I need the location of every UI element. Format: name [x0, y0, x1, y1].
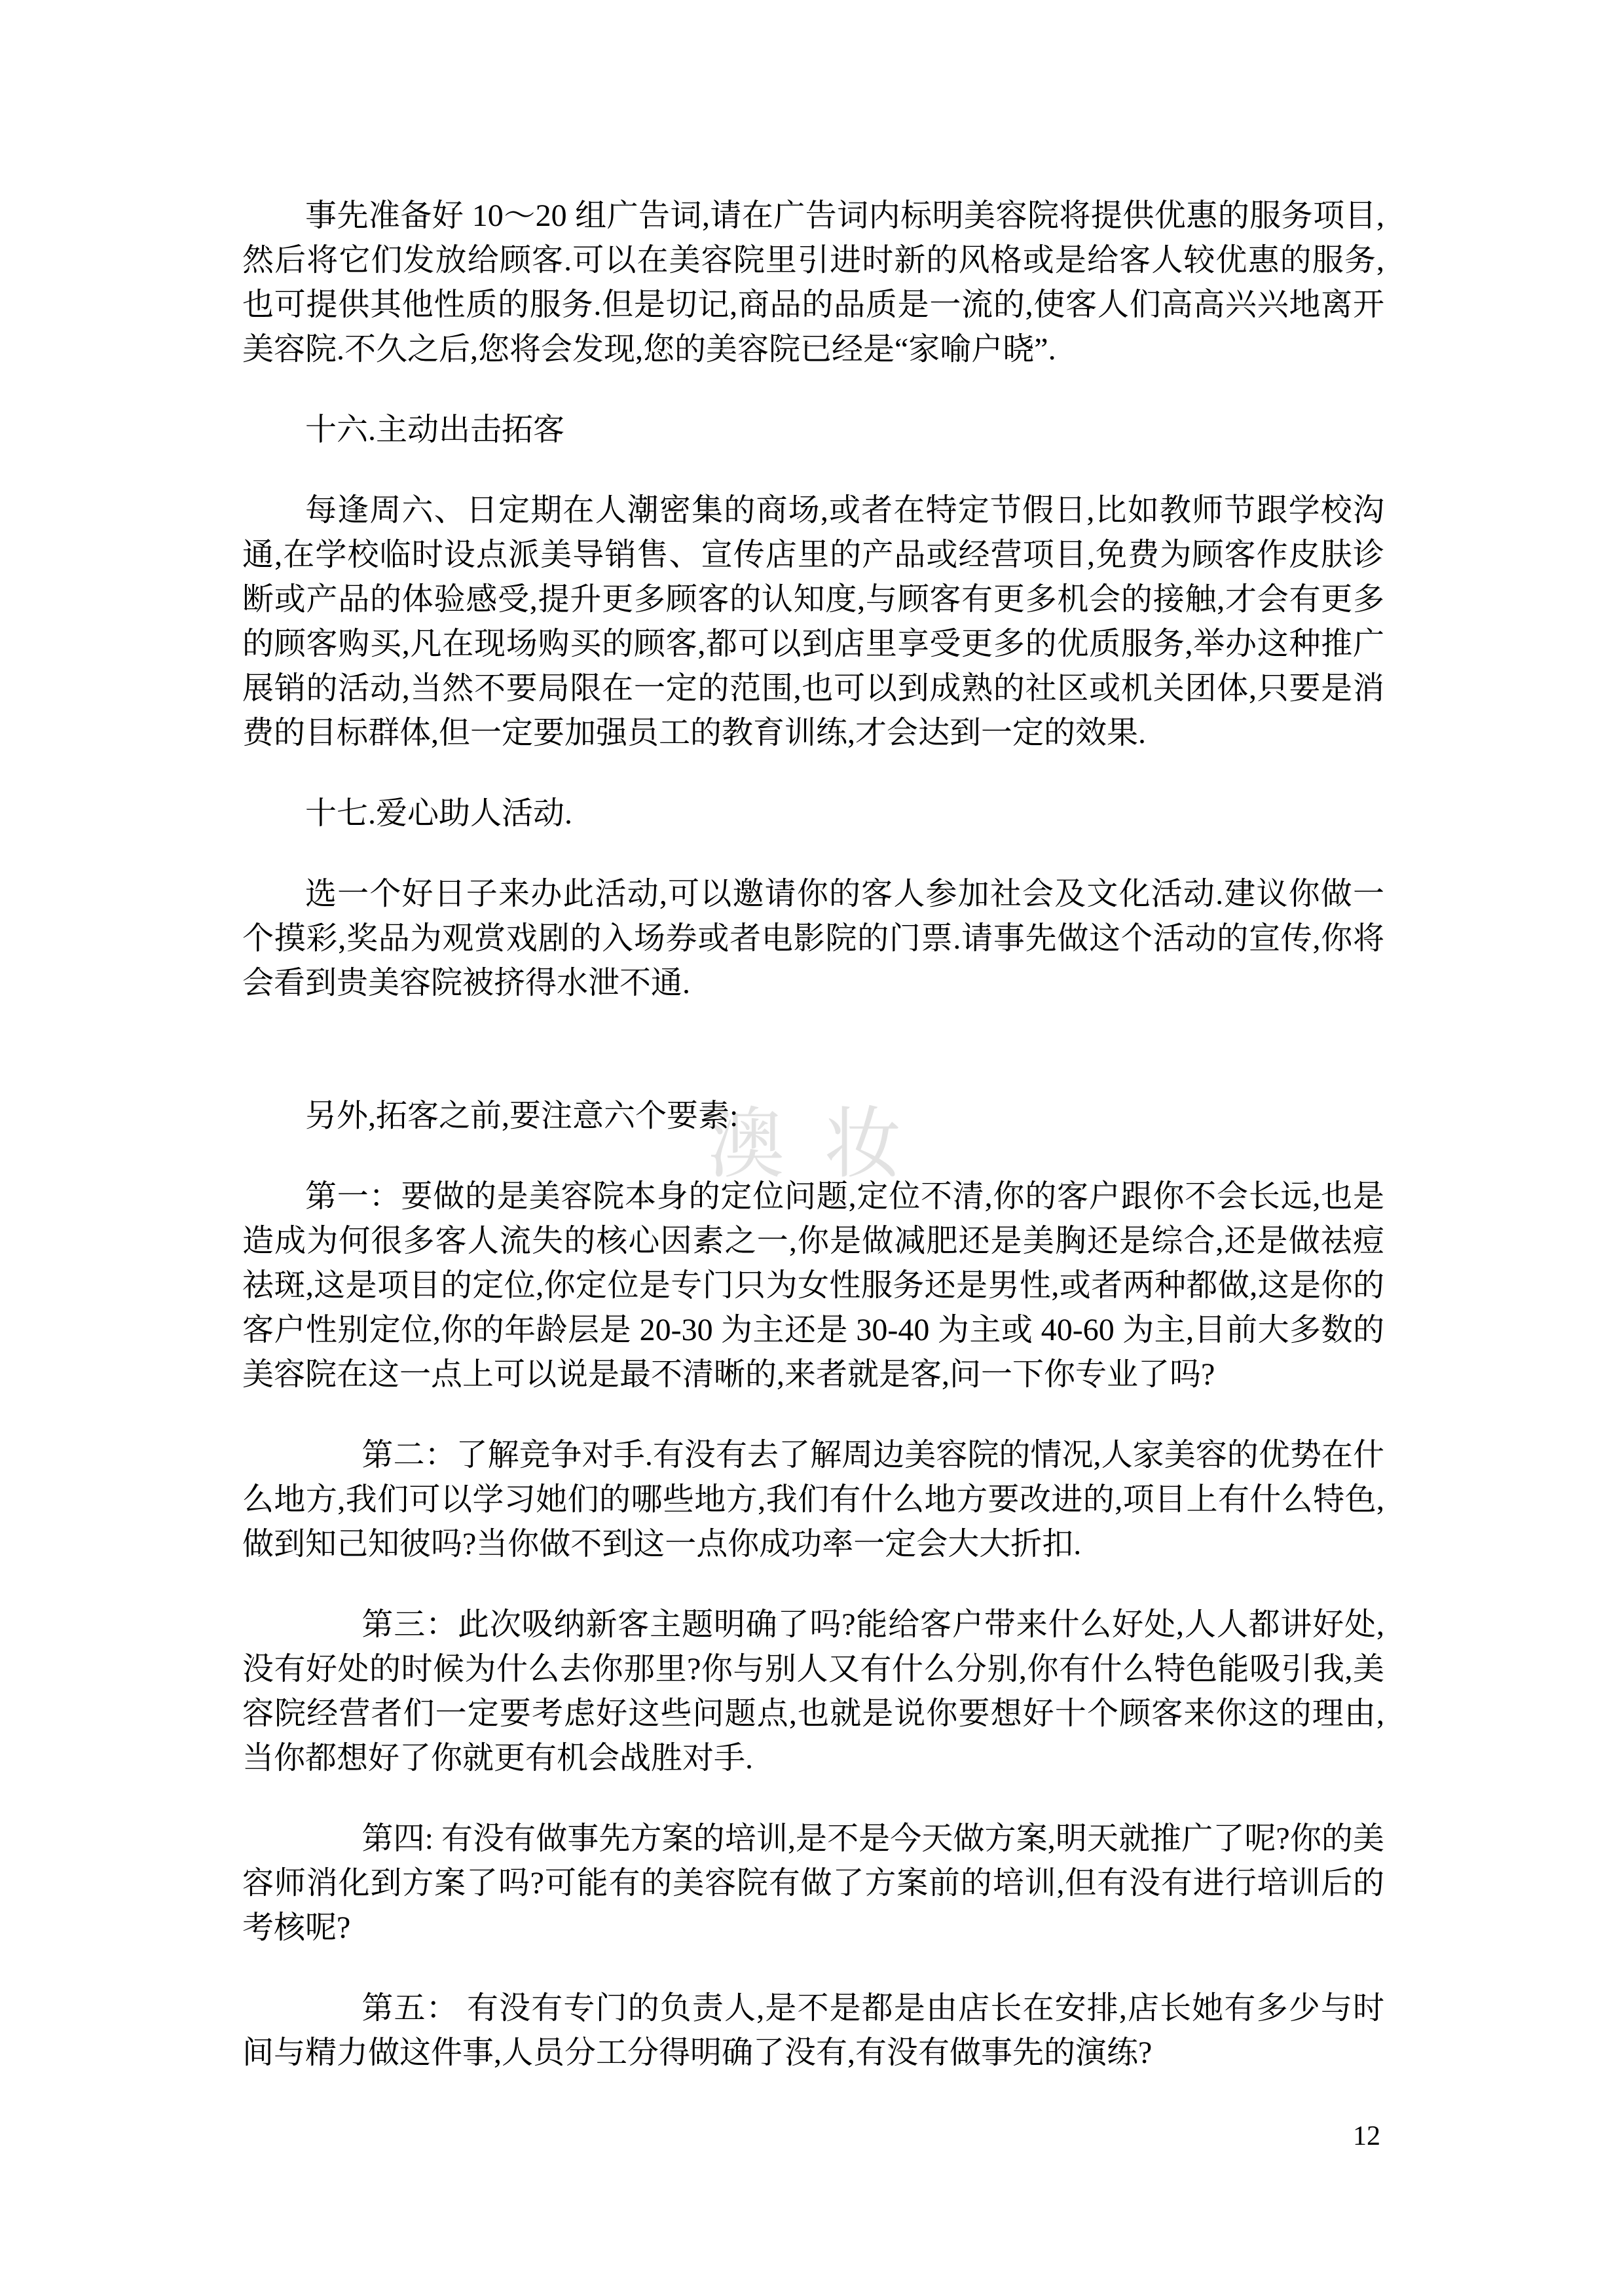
- page-number: 12: [1353, 2120, 1380, 2153]
- paragraph-intro: 事先准备好 10～20 组广告词,请在广告词内标明美容院将提供优惠的服务项目,然…: [242, 194, 1384, 372]
- section-heading-17: 十七.爱心助人活动.: [242, 792, 1384, 836]
- document-page: 澳 妆 事先准备好 10～20 组广告词,请在广告词内标明美容院将提供优惠的服务…: [0, 0, 1624, 2296]
- paragraph-section-17: 选一个好日子来办此活动,可以邀请你的客人参加社会及文化活动.建议你做一个摸彩,奖…: [242, 872, 1384, 1006]
- paragraph-element-first: 第一：要做的是美容院本身的定位问题,定位不清,你的客户跟你不会长远,也是造成为何…: [242, 1175, 1384, 1397]
- document-body: 事先准备好 10～20 组广告词,请在广告词内标明美容院将提供优惠的服务项目,然…: [242, 194, 1384, 2111]
- section-heading-16: 十六.主动出击拓客: [242, 408, 1384, 452]
- paragraph-element-third: 第三：此次吸纳新客主题明确了吗?能给客户带来什么好处,人人都讲好处,没有好处的时…: [242, 1603, 1384, 1781]
- paragraph-element-fifth: 第五： 有没有专门的负责人,是不是都是由店长在安排,店长她有多少与时间与精力做这…: [242, 1986, 1384, 2075]
- paragraph-section-16: 每逢周六、日定期在人潮密集的商场,或者在特定节假日,比如教师节跟学校沟通,在学校…: [242, 488, 1384, 756]
- paragraph-six-elements-intro: 另外,拓客之前,要注意六个要素:: [242, 1094, 1384, 1139]
- paragraph-element-fourth: 第四: 有没有做事先方案的培训,是不是今天做方案,明天就推广了呢?你的美容师消化…: [242, 1817, 1384, 1950]
- paragraph-element-second: 第二：了解竞争对手.有没有去了解周边美容院的情况,人家美容的优势在什么地方,我们…: [242, 1433, 1384, 1567]
